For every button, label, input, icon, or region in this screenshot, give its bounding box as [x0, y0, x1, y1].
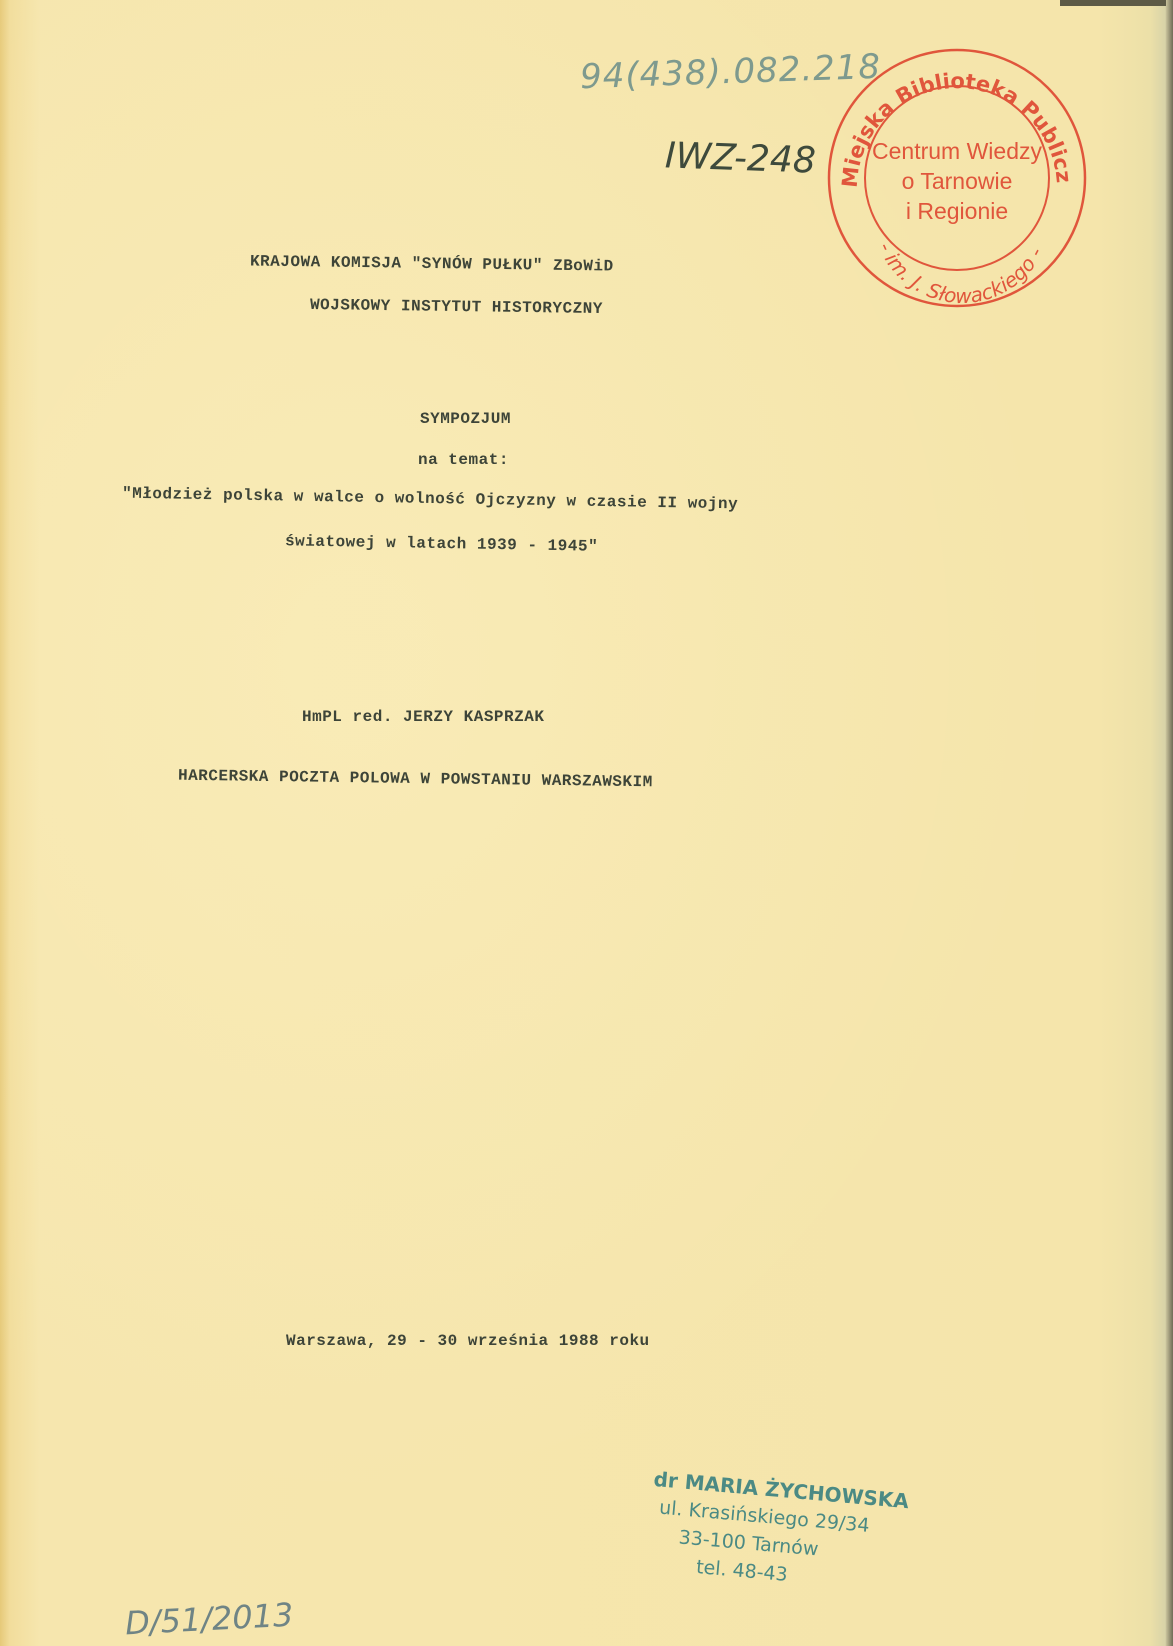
page-edge-shadow [1060, 0, 1173, 6]
author: HmPL red. JERZY KASPRZAK [302, 708, 544, 726]
svg-text:- im. J. Słowackiego -: - im. J. Słowackiego - [874, 238, 1048, 308]
stamp-line: i Regionie [817, 196, 1097, 226]
owner-stamp: dr MARIA ŻYCHOWSKA ul. Krasińskiego 29/3… [645, 1465, 910, 1599]
library-stamp: Miejska Biblioteka Publiczna w Tarnowie … [817, 38, 1097, 318]
stamp-line: Centrum Wiedzy [817, 136, 1097, 166]
organization-header: KRAJOWA KOMISJA "SYNÓW PUŁKU" ZBoWiD [250, 252, 614, 275]
inventory-number: IWZ-248 [664, 135, 816, 181]
institute-header: WOJSKOWY INSTYTUT HISTORYCZNY [310, 296, 603, 318]
symposium-topic-line1: "Młodzież polska w walce o wolność Ojczy… [122, 485, 738, 514]
accession-number: D/51/2013 [124, 1596, 294, 1643]
stamp-line: o Tarnowie [817, 166, 1097, 196]
paper-title: HARCERSKA POCZTA POLOWA W POWSTANIU WARS… [178, 767, 653, 792]
scanned-page: 94(438).082.218 IWZ-248 Miejska Bibliote… [0, 0, 1173, 1646]
place-date: Warszawa, 29 - 30 września 1988 roku [286, 1332, 650, 1350]
stamp-inner-text: Centrum Wiedzy o Tarnowie i Regionie [817, 136, 1097, 226]
page-edge-shadow-right [1166, 0, 1173, 1646]
symposium-topic-line2: światowej w latach 1939 - 1945" [285, 532, 598, 555]
symposium-label: SYMPOZJUM [420, 410, 511, 428]
symposium-subtitle: na temat: [418, 451, 509, 469]
